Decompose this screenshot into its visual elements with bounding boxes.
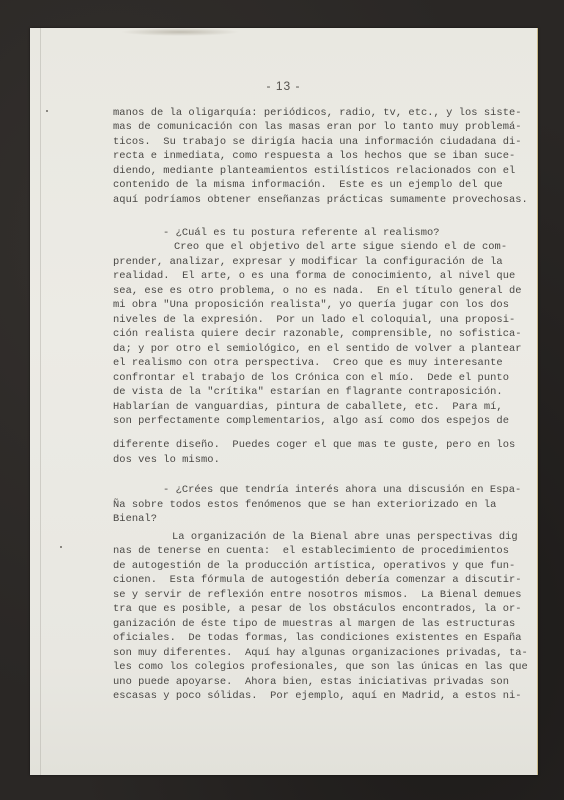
text-line: diendo, mediante planteamientos estilíst… [113,165,515,177]
text-line: diferente diseño. Puedes coger el que ma… [113,439,515,451]
text-line: dos ves lo mismo. [113,454,220,466]
text-line: oficiales. De todas formas, las condicio… [113,632,522,644]
text-line: escasas y poco sólidas. Por ejemplo, aqu… [113,690,522,702]
text-line: les como los colegios profesionales, que… [113,661,528,673]
text-line: Ña sobre todos estos fenómenos que se ha… [113,499,496,511]
text-line: Creo que el objetivo del arte sigue sien… [174,241,507,253]
text-line: prender, analizar, expresar y modificar … [113,256,503,268]
text-line: el realismo con otra perspectiva. Creo q… [113,357,503,369]
text-line: Hablarían de vanguardias, pintura de cab… [113,401,503,413]
text-line: nas de tenerse en cuenta: el establecimi… [113,545,509,557]
typewritten-page: - 13 - manos de la oligarquía: periódico… [30,28,538,775]
text-line: se y servir de reflexión entre nosotros … [113,589,522,601]
text-line: tra que es posible, a pesar de los obstá… [113,603,522,615]
text-line: realidad. El arte, o es una forma de con… [113,270,515,282]
margin-mark [46,110,48,112]
text-line: - ¿Cuál es tu postura referente al reali… [163,227,440,239]
text-line: ticos. Su trabajo se dirigía hacia una i… [113,136,522,148]
text-line: de autogestión de la producción artístic… [113,560,515,572]
text-line: manos de la oligarquía: periódicos, radi… [113,107,522,119]
margin-mark [60,546,62,548]
text-line: confrontar el trabajo de los Crónica con… [113,372,509,384]
text-line: La organización de la Bienal abre unas p… [172,531,518,543]
text-line: contenido de la misma información. Este … [113,179,503,191]
text-line: ción realista quiere decir razonable, co… [113,328,522,340]
text-line: niveles de la expresión. Por un lado el … [113,314,515,326]
text-line: ganización de éste tipo de muestras al m… [113,618,515,630]
text-line: Bienal? [113,513,157,525]
page-number: - 13 - [30,79,537,93]
text-line: uno puede apoyarse. Ahora bien, estas in… [113,676,509,688]
text-line: - ¿Crées que tendría interés ahora una d… [163,484,521,496]
text-line: sea, ese es otro problema, o no es nada.… [113,285,522,297]
text-line: da; y por otro el semiológico, en el sen… [113,343,522,355]
text-line: mi obra "Una proposición realista", yo q… [113,299,509,311]
text-line: mas de comunicación con las masas eran p… [113,121,522,133]
text-line: son perfectamente complementarios, algo … [113,415,509,427]
text-line: de vista de la "crítika" estarían en fla… [113,386,503,398]
text-line: cionen. Esta fórmula de autogestión debe… [113,574,522,586]
text-line: aquí podríamos obtener enseñanzas prácti… [113,194,528,206]
text-line: son muy diferentes. Aquí hay algunas org… [113,647,528,659]
text-line: recta e inmediata, como respuesta a los … [113,150,515,162]
